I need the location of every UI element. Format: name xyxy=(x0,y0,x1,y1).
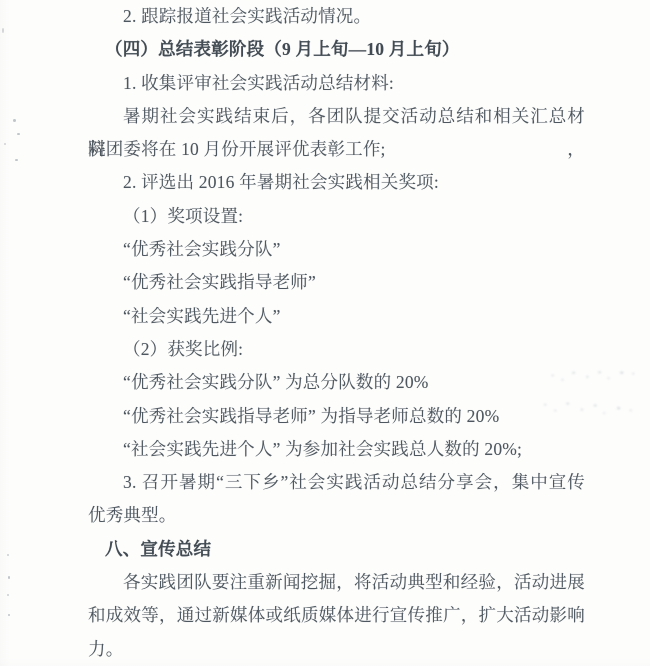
scan-speck xyxy=(4,143,6,145)
scan-speck xyxy=(7,594,9,596)
document-line: 力。 xyxy=(88,633,585,666)
document-line: （1）奖项设置: xyxy=(88,200,585,233)
scan-speck xyxy=(7,554,9,556)
document-heading-line: （四）总结表彰阶段（9 月上旬—10 月上旬） xyxy=(88,33,585,66)
ink-bleed-smudge xyxy=(537,397,640,419)
document-text: 2. 跟踪报道社会实践活动情况。（四）总结表彰阶段（9 月上旬—10 月上旬）1… xyxy=(88,0,585,666)
scan-speck xyxy=(8,576,10,579)
document-page: 2. 跟踪报道社会实践活动情况。（四）总结表彰阶段（9 月上旬—10 月上旬）1… xyxy=(0,0,650,666)
document-heading-line: 八、宣传总结 xyxy=(88,533,585,566)
scan-speck xyxy=(15,159,18,161)
document-line: “优秀社会实践指导老师” 为指导老师总数的 20% xyxy=(88,400,585,433)
document-line: 2. 跟踪报道社会实践活动情况。 xyxy=(88,0,585,33)
document-line: 3. 召开暑期“三下乡”社会实践活动总结分享会，集中宣传 xyxy=(88,466,585,499)
scan-speck xyxy=(13,119,16,122)
document-line: 2. 评选出 2016 年暑期社会实践相关奖项: xyxy=(88,166,585,199)
document-line: “社会实践先进个人” 为参加社会实践总人数的 20%; xyxy=(88,433,585,466)
document-line: 优秀典型。 xyxy=(88,499,585,532)
scan-speck xyxy=(8,614,10,616)
document-line: 各实践团队要注重新闻挖掘，将活动典型和经验，活动进展 xyxy=(88,566,585,599)
document-line: （2）获奖比例: xyxy=(88,333,585,366)
scan-speck xyxy=(17,133,20,135)
document-line: 1. 收集评审社会实践活动总结材料: xyxy=(88,67,585,100)
document-line: 和成效等，通过新媒体或纸质媒体进行宣传推广，扩大活动影响 xyxy=(88,599,585,632)
document-line: “社会实践先进个人” xyxy=(88,300,585,333)
document-line: “优秀社会实践分队” xyxy=(88,233,585,266)
document-line: “优秀社会实践指导老师” xyxy=(88,266,585,299)
scan-speck xyxy=(2,28,4,33)
document-line: “优秀社会实践分队” 为总分队数的 20% xyxy=(88,366,585,399)
document-line: 暑期社会实践结束后，各团队提交活动总结和相关汇总材料， xyxy=(88,100,585,133)
